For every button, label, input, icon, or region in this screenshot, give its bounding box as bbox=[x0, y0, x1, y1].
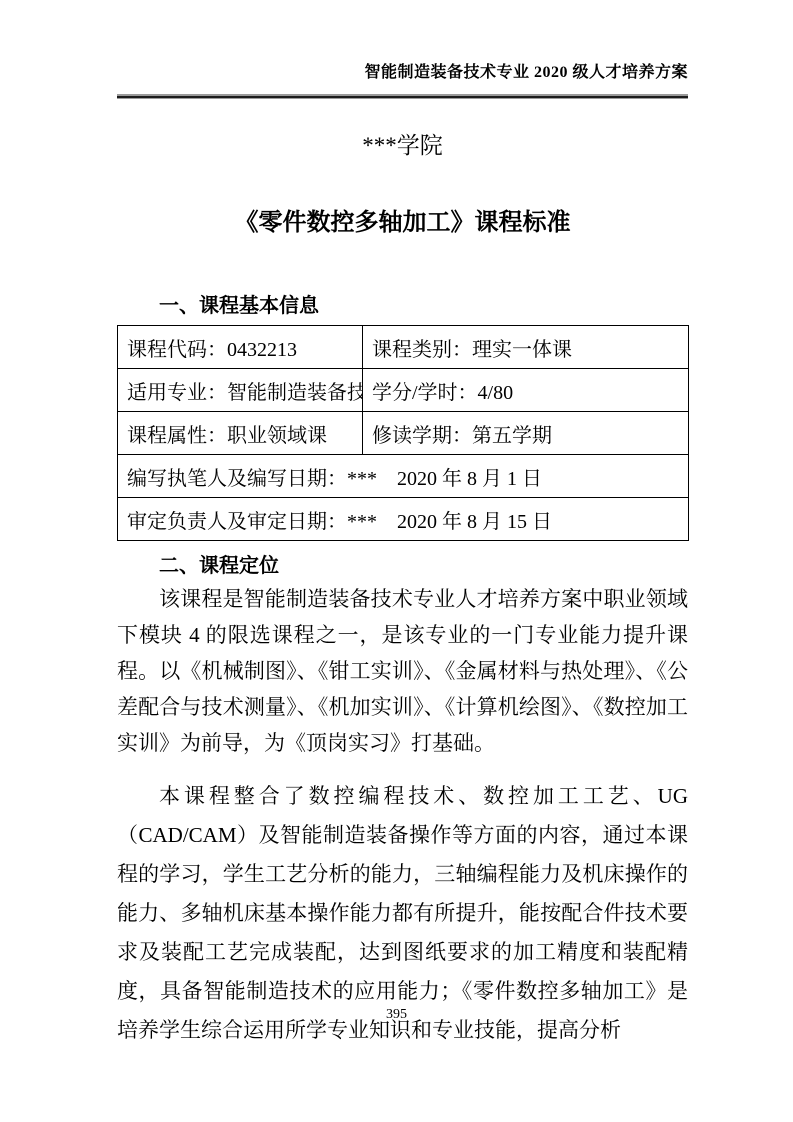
table-cell-course-category: 课程类别：理实一体课 bbox=[363, 326, 689, 369]
table-cell-credits-hours: 学分/学时：4/80 bbox=[363, 369, 689, 412]
table-row: 课程代码：0432213 课程类别：理实一体课 bbox=[118, 326, 689, 369]
table-row: 编写执笔人及编写日期：*** 2020 年 8 月 1 日 bbox=[118, 455, 689, 498]
table-row: 课程属性：职业领域课 修读学期：第五学期 bbox=[118, 412, 689, 455]
table-cell-study-semester: 修读学期：第五学期 bbox=[363, 412, 689, 455]
page-number: 395 bbox=[0, 1006, 793, 1024]
table-cell-course-attribute: 课程属性：职业领域课 bbox=[118, 412, 363, 455]
section-heading-course-positioning: 二、课程定位 bbox=[117, 552, 688, 579]
table-cell-applicable-major: 适用专业：智能制造装备技术 bbox=[118, 369, 363, 412]
table-row: 适用专业：智能制造装备技术 学分/学时：4/80 bbox=[118, 369, 689, 412]
table-cell-reviewer-date: 审定负责人及审定日期：*** 2020 年 8 月 15 日 bbox=[118, 498, 689, 541]
course-info-table: 课程代码：0432213 课程类别：理实一体课 适用专业：智能制造装备技术 学分… bbox=[117, 325, 689, 541]
school-name: ***学院 bbox=[117, 131, 688, 161]
table-cell-course-code: 课程代码：0432213 bbox=[118, 326, 363, 369]
document-title: 《零件数控多轴加工》课程标准 bbox=[117, 206, 688, 238]
header-rule bbox=[117, 94, 688, 99]
page-content: 智能制造装备技术专业 2020 级人才培养方案 ***学院 《零件数控多轴加工》… bbox=[117, 0, 688, 1050]
table-cell-author-date: 编写执笔人及编写日期：*** 2020 年 8 月 1 日 bbox=[118, 455, 689, 498]
document-page: 智能制造装备技术专业 2020 级人才培养方案 ***学院 《零件数控多轴加工》… bbox=[0, 0, 793, 1122]
positioning-paragraph-1: 该课程是智能制造装备技术专业人才培养方案中职业领域下模块 4 的限选课程之一，是… bbox=[117, 581, 688, 761]
table-row: 审定负责人及审定日期：*** 2020 年 8 月 15 日 bbox=[118, 498, 689, 541]
header-text: 智能制造装备技术专业 2020 级人才培养方案 bbox=[117, 62, 688, 84]
section-heading-basic-info: 一、课程基本信息 bbox=[117, 292, 688, 319]
